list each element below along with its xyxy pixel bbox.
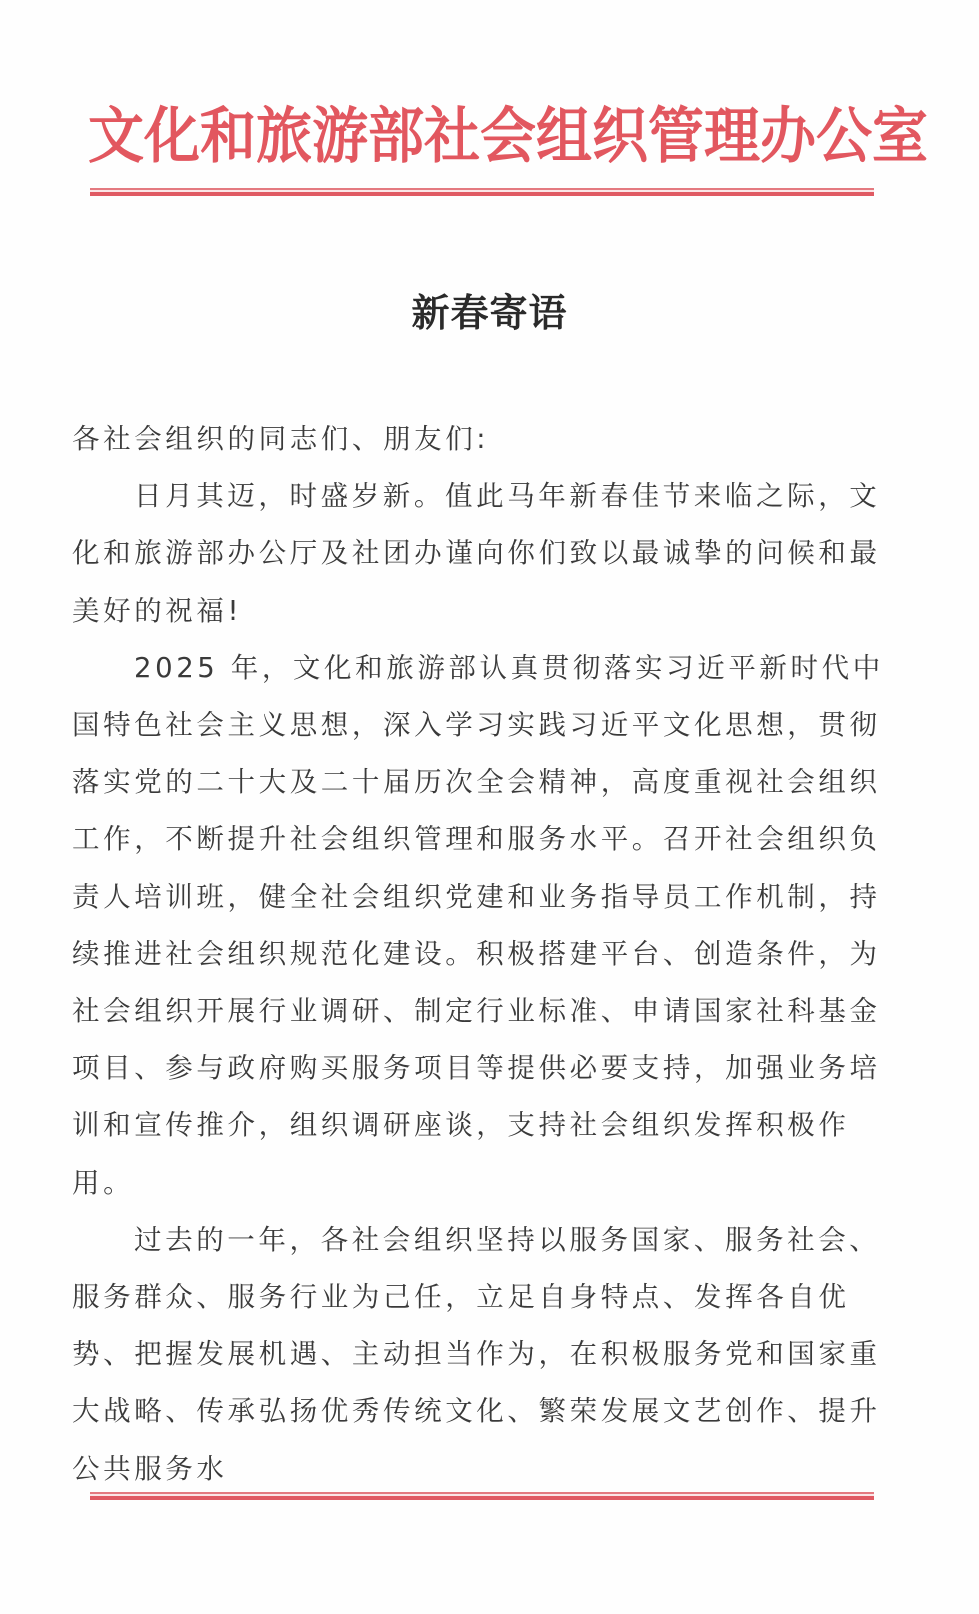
divider-thick-line [90, 192, 874, 196]
salutation: 各社会组织的同志们、朋友们: [72, 411, 892, 468]
page-divider-bottom [90, 1492, 874, 1500]
letterhead-divider-top [90, 188, 874, 196]
paragraph-greeting: 日月其迈，时盛岁新。值此马年新春佳节来临之际，文化和旅游部办公厅及社团办谨向你们… [72, 468, 892, 640]
letterhead-organization-name: 文化和旅游部社会组织管理办公室 [88, 96, 888, 176]
document-body: 各社会组织的同志们、朋友们: 日月其迈，时盛岁新。值此马年新春佳节来临之际，文化… [72, 411, 892, 1498]
document-title: 新春寄语 [0, 290, 979, 336]
divider-thick-line [90, 1496, 874, 1500]
paragraph-2025-review: 2025 年，文化和旅游部认真贯彻落实习近平新时代中国特色社会主义思想，深入学习… [72, 640, 892, 1212]
document-page: 文化和旅游部社会组织管理办公室 新春寄语 各社会组织的同志们、朋友们: 日月其迈… [0, 0, 979, 1614]
paragraph-past-year: 过去的一年，各社会组织坚持以服务国家、服务社会、服务群众、服务行业为己任，立足自… [72, 1212, 892, 1498]
